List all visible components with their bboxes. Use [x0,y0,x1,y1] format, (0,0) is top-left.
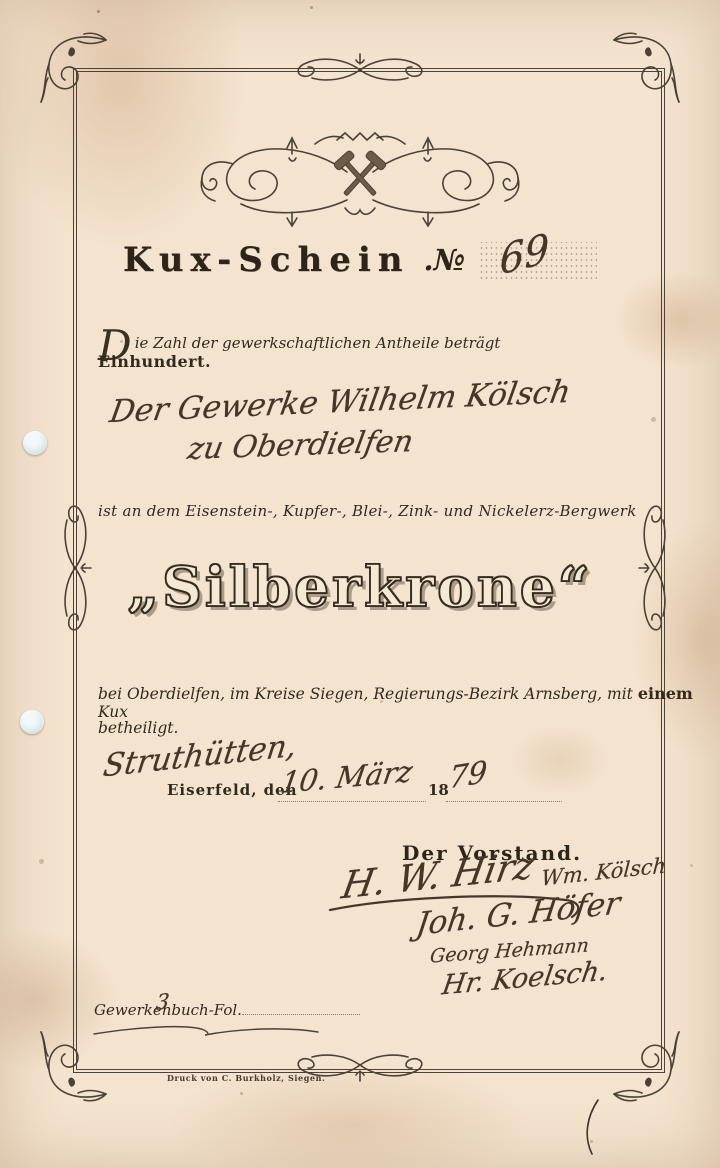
pen-mark [578,1098,604,1156]
punch-hole-bottom [20,710,44,734]
date-dotted-line [278,801,426,802]
paper-stains [97,10,100,13]
participation-emphasis: einem [638,684,693,703]
register-swash-underline [92,1022,322,1038]
year-handwritten: 79 [448,755,489,797]
register-value-handwritten: 3 [155,989,171,1015]
shares-line: Die Zahl der gewerkschaftlichen Antheile… [98,334,578,371]
right-scroll [373,138,519,226]
edge-flourish-icon [290,52,430,88]
corner-flourish-icon [600,1020,684,1104]
header-ornament [195,128,525,228]
year-dotted-line [446,801,562,802]
participation-line1: bei Oberdielfen, im Kreise Siegen, Regie… [98,684,720,721]
mine-name: „Silberkrone“ [0,554,720,619]
participation-pre: bei Oberdielfen, im Kreise Siegen, Regie… [98,685,633,703]
punch-hole-top [23,431,47,455]
participation-line2: betheiligt. [98,719,178,737]
corner-flourish-icon [600,30,684,114]
printer-imprint: Druck von C. Burkholz, Siegen. [167,1073,325,1083]
corner-flourish-icon [36,30,120,114]
mine-intro-line: ist an dem Eisenstein-, Kupfer-, Blei-, … [98,502,637,520]
year-century-printed: 18 [428,781,449,799]
shares-amount: Einhundert. [98,352,211,371]
number-sign-label: .№ [423,243,465,277]
certificate-page: Kux-Schein .№ 69 Die Zahl der gewerkscha… [0,0,720,1168]
left-scroll [201,138,347,226]
crossed-hammers-icon [333,150,387,202]
shares-text: ie Zahl der gewerkschaftlichen Antheile … [135,334,501,352]
certificate-number-field: 69 [479,242,597,282]
page-title: Kux-Schein [123,240,410,281]
register-dotted-line [242,1000,360,1015]
register-line: Gewerkenbuch-Fol. [94,1000,360,1019]
title-row: Kux-Schein .№ 69 [0,240,720,282]
